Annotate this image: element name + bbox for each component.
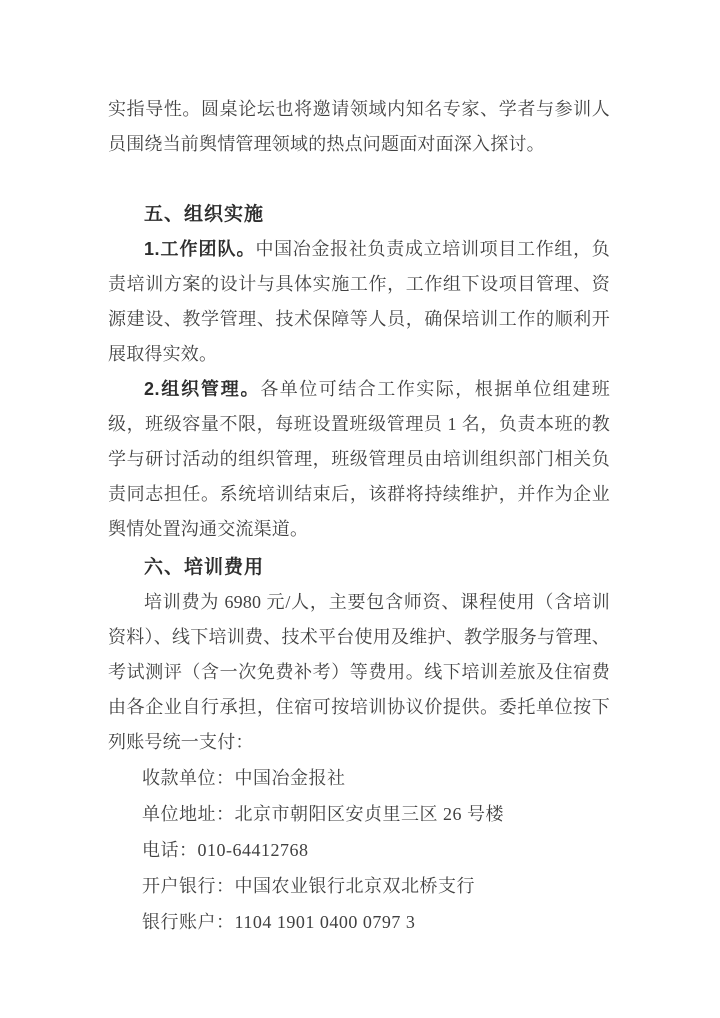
document-page: 实指导性。圆桌论坛也将邀请领域内知名专家、学者与参训人员围绕当前舆情管理领域的热…: [0, 0, 720, 1018]
payment-label-phone: 电话：: [142, 840, 198, 860]
intro-paragraph: 实指导性。圆桌论坛也将邀请领域内知名专家、学者与参训人员围绕当前舆情管理领域的热…: [108, 92, 610, 162]
paragraph-org-management: 2.组织管理。各单位可结合工作实际，根据单位组建班级，班级容量不限，每班设置班级…: [108, 372, 610, 547]
paragraph-work-team: 1.工作团队。中国冶金报社负责成立培训项目工作组，负责培训方案的设计与具体实施工…: [108, 232, 610, 372]
section-heading-fees: 六、培训费用: [108, 550, 610, 585]
payment-label-address: 单位地址：: [142, 804, 235, 824]
paragraph-text-org-management: 各单位可结合工作实际，根据单位组建班级，班级容量不限，每班设置班级管理员 1 名…: [108, 379, 610, 539]
paragraph-fees: 培训费为 6980 元/人，主要包含师资、课程使用（含培训资料）、线下培训费、技…: [108, 585, 610, 760]
payment-info-block: 收款单位：中国冶金报社 单位地址：北京市朝阳区安贞里三区 26 号楼 电话：01…: [108, 760, 610, 940]
payment-label-bank: 开户银行：: [142, 876, 235, 896]
document-body: 实指导性。圆桌论坛也将邀请领域内知名专家、学者与参训人员围绕当前舆情管理领域的热…: [108, 92, 610, 940]
payment-value-account: 1104 1901 0400 0797 3: [235, 912, 416, 932]
payment-value-address: 北京市朝阳区安贞里三区 26 号楼: [235, 804, 505, 824]
payment-value-bank: 中国农业银行北京双北桥支行: [235, 876, 476, 896]
payment-label-account: 银行账户：: [142, 912, 235, 932]
payment-value-phone: 010-64412768: [198, 840, 309, 860]
paragraph-lead-work-team: 1.工作团队。: [144, 239, 255, 259]
payment-line-payee: 收款单位：中国冶金报社: [108, 760, 610, 796]
payment-label-payee: 收款单位：: [142, 768, 235, 788]
payment-line-account: 银行账户：1104 1901 0400 0797 3: [108, 904, 610, 940]
payment-line-phone: 电话：010-64412768: [108, 832, 610, 868]
payment-value-payee: 中国冶金报社: [235, 768, 346, 788]
payment-line-bank: 开户银行：中国农业银行北京双北桥支行: [108, 868, 610, 904]
section-heading-organization: 五、组织实施: [108, 197, 610, 232]
paragraph-text-fees: 培训费为 6980 元/人，主要包含师资、课程使用（含培训资料）、线下培训费、技…: [108, 592, 610, 752]
payment-line-address: 单位地址：北京市朝阳区安贞里三区 26 号楼: [108, 796, 610, 832]
paragraph-lead-org-management: 2.组织管理。: [144, 379, 260, 399]
